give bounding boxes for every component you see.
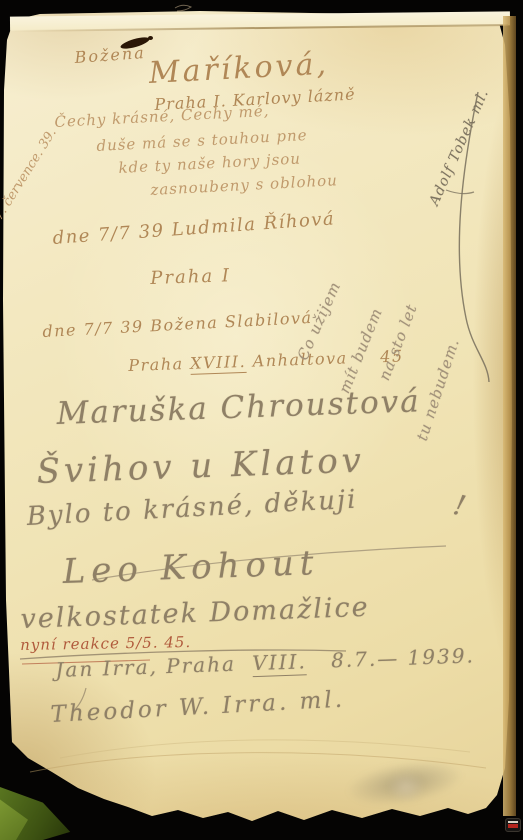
watermark-white-bar — [508, 821, 518, 823]
jan-district: VIII. — [252, 649, 307, 677]
scanned-album-page: Božena Maříková, Praha I. Karlovy lázně … — [0, 0, 523, 840]
page-stack-edge — [503, 16, 516, 816]
address-city: Praha — [128, 354, 184, 375]
paper-stain — [388, 772, 424, 802]
leo-note-red: nyní reakce 5/5. 45. — [20, 633, 191, 654]
address-district: XVIII. — [190, 352, 247, 375]
watermark-red-bar — [508, 824, 518, 828]
viewer-watermark-icon[interactable] — [505, 818, 521, 832]
jan-date: 8.7.— 1939. — [331, 643, 476, 672]
signature-ludmila-city: Praha I — [150, 265, 231, 289]
ink-blot-dot — [148, 36, 153, 40]
